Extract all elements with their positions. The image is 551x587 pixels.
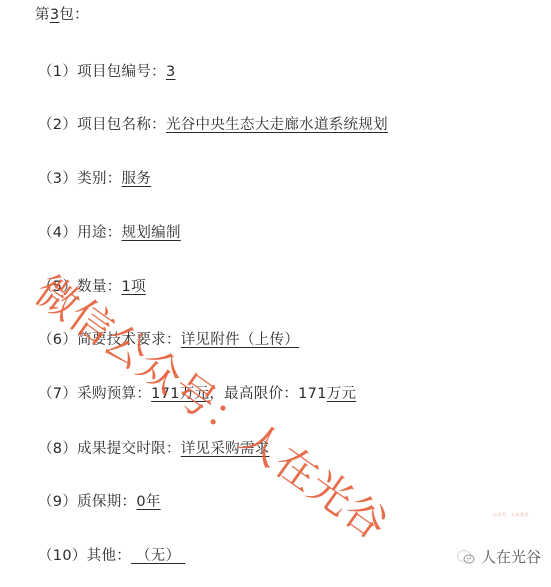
item-label: 项目包名称：	[77, 117, 166, 133]
item-value: 规划编制	[122, 225, 181, 241]
item-value: （无）	[131, 548, 185, 564]
max-price-number: 171	[298, 386, 327, 402]
item-value: 详见附件（上传）	[181, 332, 299, 348]
item-delivery-deadline: （8）成果提交时限：详见采购需求	[38, 439, 270, 459]
item-label: 用途：	[77, 225, 121, 241]
item-index: （10）	[38, 548, 87, 564]
item-value: 1项	[122, 279, 146, 295]
item-index: （8）	[38, 441, 77, 457]
item-budget: （7）采购预算：171万元，最高限价：171万元	[38, 384, 356, 404]
item-value: 0年	[136, 494, 160, 510]
item-label: 其他：	[87, 548, 131, 564]
wechat-icon	[456, 549, 476, 565]
item-label: 质保期：	[77, 494, 136, 510]
item-index: （4）	[38, 225, 77, 241]
package-heading: 第3包：	[35, 5, 89, 25]
item-technical-requirements: （6）简要技术要求：详见附件（上传）	[38, 330, 299, 350]
budget-value: 171万元	[151, 386, 209, 402]
document-page: 第3包： （1）项目包编号：3 （2）项目包名称：光谷中央生态大走廊水道系统规划…	[0, 0, 551, 587]
item-index: （2）	[38, 117, 77, 133]
item-index: （9）	[38, 494, 77, 510]
item-value: 3	[166, 64, 176, 80]
item-index: （6）	[38, 332, 77, 348]
item-quantity: （5）数量：1项	[38, 277, 146, 297]
tiny-watermark: 公众号：人在光谷	[493, 512, 529, 518]
brand-signature: 人在光谷	[456, 546, 541, 567]
item-label: 采购预算：	[77, 386, 151, 402]
heading-suffix: 包：	[59, 7, 89, 23]
item-purpose: （4）用途：规划编制	[38, 223, 181, 243]
item-value: 光谷中央生态大走廊水道系统规划	[166, 117, 388, 133]
item-warranty: （9）质保期：0年	[38, 492, 161, 512]
item-category: （3）类别：服务	[38, 169, 151, 189]
item-label: 成果提交时限：	[77, 441, 181, 457]
item-project-name: （2）项目包名称：光谷中央生态大走廊水道系统规划	[38, 115, 388, 135]
item-project-number: （1）项目包编号：3	[38, 62, 175, 82]
brand-name: 人在光谷	[481, 546, 541, 567]
item-label: 类别：	[77, 171, 121, 187]
item-label: 数量：	[77, 279, 121, 295]
item-index: （7）	[38, 386, 77, 402]
max-price-unit: 万元	[327, 386, 357, 402]
separator: ，	[209, 386, 224, 402]
item-value: 服务	[122, 171, 152, 187]
item-label: 项目包编号：	[77, 64, 166, 80]
item-label: 简要技术要求：	[77, 332, 181, 348]
heading-prefix: 第	[35, 7, 50, 23]
item-index: （5）	[38, 279, 77, 295]
item-other: （10）其他： （无）	[38, 546, 185, 566]
item-index: （1）	[38, 64, 77, 80]
package-number: 3	[50, 7, 60, 23]
item-value: 详见采购需求	[181, 441, 270, 457]
max-price-label: 最高限价：	[224, 386, 298, 402]
item-index: （3）	[38, 171, 77, 187]
